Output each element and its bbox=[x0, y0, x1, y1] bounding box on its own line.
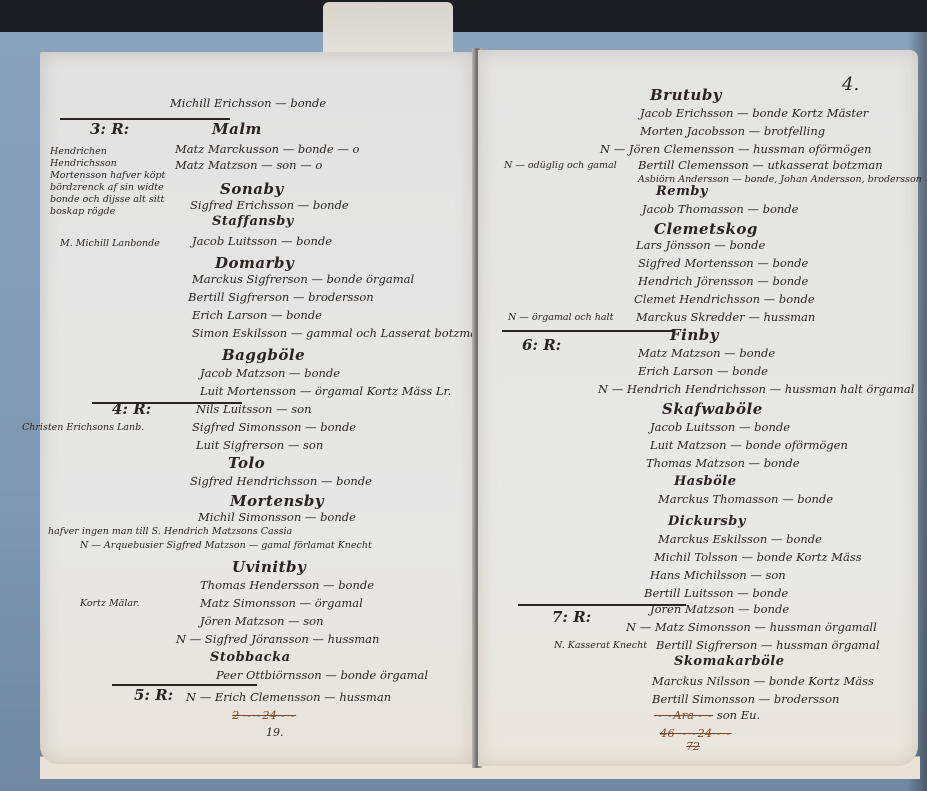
register-entry: Nils Luitsson — son bbox=[196, 402, 312, 416]
register-entry: Thomas Hendersson — bonde bbox=[200, 578, 374, 592]
register-entry: Marckus Eskilsson — bonde bbox=[658, 532, 822, 546]
register-entry: Luit Sigfrerson — son bbox=[196, 438, 323, 452]
register-entry: Jacob Erichsson — bonde Kortz Mäster bbox=[640, 106, 868, 120]
register-entry: Lars Jönsson — bonde bbox=[636, 238, 765, 252]
register-entry: Morten Jacobsson — brotfelling bbox=[640, 124, 825, 138]
place-heading: Uvinitby bbox=[232, 558, 306, 576]
place-heading: Stobbacka bbox=[210, 650, 291, 665]
place-heading: Remby bbox=[656, 184, 708, 199]
register-entry: N — Hendrich Hendrichsson — hussman halt… bbox=[598, 382, 914, 396]
place-heading: Skomakarböle bbox=[674, 654, 785, 669]
rote-label: 5: R: bbox=[134, 686, 173, 704]
top-entry: Michill Erichsson — bonde bbox=[170, 96, 326, 110]
register-entry: N — Jören Clemensson — hussman oförmögen bbox=[600, 142, 872, 156]
register-entry: Jacob Luitsson — bonde bbox=[192, 234, 332, 248]
register-entry: Jören Matzson — bonde bbox=[650, 602, 789, 616]
struck-tally: 2 ~~24~~ bbox=[232, 708, 296, 722]
register-entry: Simon Eskilsson — gammal och Lasserat bo… bbox=[192, 326, 485, 340]
register-entry: Hans Michilsson — son bbox=[650, 568, 786, 582]
register-entry: Michil Tolsson — bonde Kortz Mäss bbox=[654, 550, 862, 564]
folio-number: 72 bbox=[686, 740, 700, 753]
register-entry: N — Matz Simonsson — hussman örgamall bbox=[626, 620, 877, 634]
register-entry: Marckus Skredder — hussman bbox=[636, 310, 815, 324]
margin-note: Kortz Mälar. bbox=[80, 598, 140, 609]
place-heading: Skafwaböle bbox=[662, 400, 763, 418]
paper-tab-slip bbox=[323, 2, 453, 56]
register-entry: Matz Matzson — son — o bbox=[175, 158, 322, 172]
register-entry: Hendrich Jörensson — bonde bbox=[638, 274, 808, 288]
register-entry: Sigfred Mortensson — bonde bbox=[638, 256, 808, 270]
register-entry: Sigfred Simonsson — bonde bbox=[192, 420, 356, 434]
register-entry: Bertill Clemensson — utkasserat botzman bbox=[638, 158, 883, 172]
register-entry: Bertill Simonsson — brodersson bbox=[652, 692, 839, 706]
place-heading: Staffansby bbox=[212, 214, 294, 229]
rote-label: 4: R: bbox=[112, 400, 151, 418]
register-entry: N — Erich Clemensson — hussman bbox=[186, 690, 391, 704]
register-entry: Marckus Sigfrerson — bonde örgamal bbox=[192, 272, 414, 286]
place-heading: Tolo bbox=[228, 454, 265, 472]
register-entry: Bertill Luitsson — bonde bbox=[644, 586, 788, 600]
register-entry: Marckus Nilsson — bonde Kortz Mäss bbox=[652, 674, 874, 688]
divider-rule bbox=[60, 118, 230, 120]
divider-rule bbox=[502, 330, 674, 332]
folio-number: 19. bbox=[266, 726, 284, 739]
register-entry: Matz Matzson — bonde bbox=[638, 346, 775, 360]
register-entry: Luit Mortensson — örgamal Kortz Mäss Lr. bbox=[200, 384, 451, 398]
register-entry: Erich Larson — bonde bbox=[192, 308, 322, 322]
register-entry: Sigfred Hendrichsson — bonde bbox=[190, 474, 372, 488]
register-entry: Matz Marckusson — bonde — o bbox=[175, 142, 359, 156]
register-entry: Erich Larson — bonde bbox=[638, 364, 768, 378]
left-page: Michill Erichsson — bonde 3: R: Malm Hen… bbox=[40, 52, 474, 764]
place-heading: Sonaby bbox=[220, 180, 284, 198]
place-heading: Brutuby bbox=[650, 86, 722, 104]
place-heading: Domarby bbox=[215, 254, 294, 272]
page-number: 4. bbox=[842, 74, 859, 95]
margin-note: N. Kasserat Knecht bbox=[554, 640, 647, 651]
register-entry: Michil Simonsson — bonde bbox=[198, 510, 356, 524]
place-heading: Clemetskog bbox=[654, 220, 758, 238]
place-heading: Dickursby bbox=[668, 514, 746, 529]
register-entry: Bertill Sigfrerson — hussman örgamal bbox=[656, 638, 880, 652]
register-entry: Clemet Hendrichsson — bonde bbox=[634, 292, 815, 306]
register-entry: Marckus Thomasson — bonde bbox=[658, 492, 833, 506]
place-heading: Hasböle bbox=[674, 474, 737, 489]
place-heading: Mortensby bbox=[230, 492, 324, 510]
register-entry: Luit Matzson — bonde oförmögen bbox=[650, 438, 848, 452]
annotation-line: N — Arquebusier Sigfred Matzson — gamal … bbox=[80, 540, 372, 551]
register-entry: Thomas Matzson — bonde bbox=[646, 456, 800, 470]
register-entry: Jacob Thomasson — bonde bbox=[642, 202, 798, 216]
register-entry: Peer Ottbiörnsson — bonde örgamal bbox=[216, 668, 428, 682]
right-page: 4. Brutuby Jacob Erichsson — bonde Kortz… bbox=[478, 50, 918, 766]
register-entry: N — Sigfred Jöransson — hussman bbox=[176, 632, 379, 646]
rote-label: 3: R: bbox=[90, 120, 129, 138]
margin-note: N — odüglig och gamal bbox=[504, 160, 617, 171]
register-entry: Bertill Sigfrerson — brodersson bbox=[188, 290, 374, 304]
margin-note: Hendrichen Hendrichsson Mortensson hafve… bbox=[50, 146, 170, 218]
register-entry: Jacob Matzson — bonde bbox=[200, 366, 340, 380]
register-entry: Jacob Luitsson — bonde bbox=[650, 420, 790, 434]
rote-label: 7: R: bbox=[552, 608, 591, 626]
annotation-line: hafver ingen man till S. Hendrich Matzso… bbox=[48, 526, 292, 537]
rote-label: 6: R: bbox=[522, 336, 561, 354]
place-heading: Baggböle bbox=[222, 346, 305, 364]
place-heading: Malm bbox=[212, 120, 262, 138]
margin-note: Christen Erichsons Lanb. bbox=[22, 422, 144, 433]
margin-note: N — örgamal och halt bbox=[508, 312, 613, 323]
register-entry: ~~Ara~~ son Eu. bbox=[654, 708, 760, 722]
register-entry: Jören Matzson — son bbox=[200, 614, 324, 628]
register-entry: Sigfred Erichsson — bonde bbox=[190, 198, 349, 212]
register-entry: Matz Simonsson — örgamal bbox=[200, 596, 363, 610]
place-heading: Finby bbox=[670, 326, 719, 344]
margin-note: M. Michill Lanbonde bbox=[60, 238, 160, 249]
struck-tally: 46 ~~24~~ bbox=[660, 726, 731, 740]
